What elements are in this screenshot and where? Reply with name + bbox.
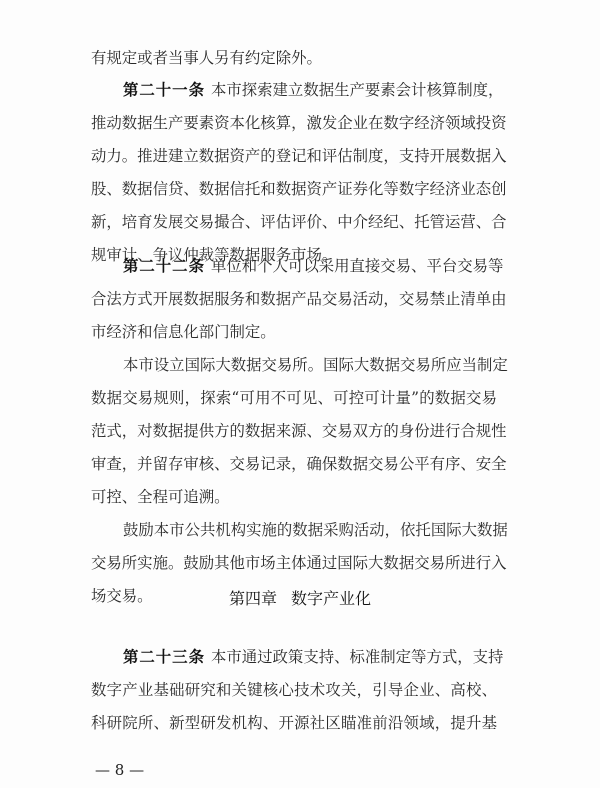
article-21-first-line: 第二十一条本市探索建立数据生产要素会计核算制度， (123, 80, 497, 100)
chapter-number: 第四章 (229, 589, 277, 608)
article-22-heading-line: 第二十二条单位和个人可以采用直接交易、平台交易等 (123, 256, 497, 276)
article-number: 第二十二条 (123, 257, 205, 275)
text-line: 股、数据信贷、数据信托和数据资产证券化等数字经济业态创 (91, 179, 497, 199)
text-line: 推动数据生产要素资本化核算，激发企业在数字经济领域投资 (91, 113, 497, 133)
text-line: 范式，对数据提供方的数据来源、交易双方的身份进行合规性 (91, 421, 497, 441)
article-23-first-line: 第二十三条本市通过政策支持、标准制定等方式，支持 (123, 647, 497, 667)
article-number: 第二十一条 (123, 81, 205, 99)
text-span: 本市通过政策支持、标准制定等方式，支持 (211, 648, 503, 666)
text-line: 有规定或者当事人另有约定除外。 (91, 48, 497, 68)
text-line: 本市设立国际大数据交易所。国际大数据交易所应当制定 (123, 355, 497, 375)
article-number: 第二十三条 (123, 648, 205, 666)
text-line: 交易所实施。鼓励其他市场主体通过国际大数据交易所进行入 (91, 553, 497, 573)
chapter-heading: 第四章数字产业化 (0, 588, 600, 610)
text-line: 可控、全程可追溯。 (91, 487, 497, 507)
text-line: 数据交易规则，探索“可用不可见、可控可计量”的数据交易 (91, 388, 497, 408)
text-line: 鼓励本市公共机构实施的数据采购活动，依托国际大数据 (123, 520, 497, 540)
document-page: 有规定或者当事人另有约定除外。 第二十一条本市探索建立数据生产要素会计核算制度，… (0, 0, 600, 788)
text-line: 数字产业基础研究和关键核心技术攻关，引导企业、高校、 (91, 680, 497, 700)
text-line: 科研院所、新型研发机构、开源社区瞄准前沿领域，提升基 (91, 713, 497, 733)
text-line: 审查，并留存审核、交易记录，确保数据交易公平有序、安全 (91, 454, 497, 474)
text-line: 新，培育发展交易撮合、评估评价、中介经纪、托管运营、合 (91, 212, 497, 232)
text-line: 动力。推进建立数据资产的登记和评估制度，支持开展数据入 (91, 146, 497, 166)
text-line: 合法方式开展数据服务和数据产品交易活动，交易禁止清单由 (91, 289, 497, 309)
text-span: 本市探索建立数据生产要素会计核算制度， (211, 81, 503, 99)
page-number: — 8 — (95, 760, 144, 780)
chapter-title: 数字产业化 (291, 589, 371, 608)
text-span: 单位和个人可以采用直接交易、平台交易等 (211, 257, 503, 275)
text-line: 市经济和信息化部门制定。 (91, 322, 497, 342)
